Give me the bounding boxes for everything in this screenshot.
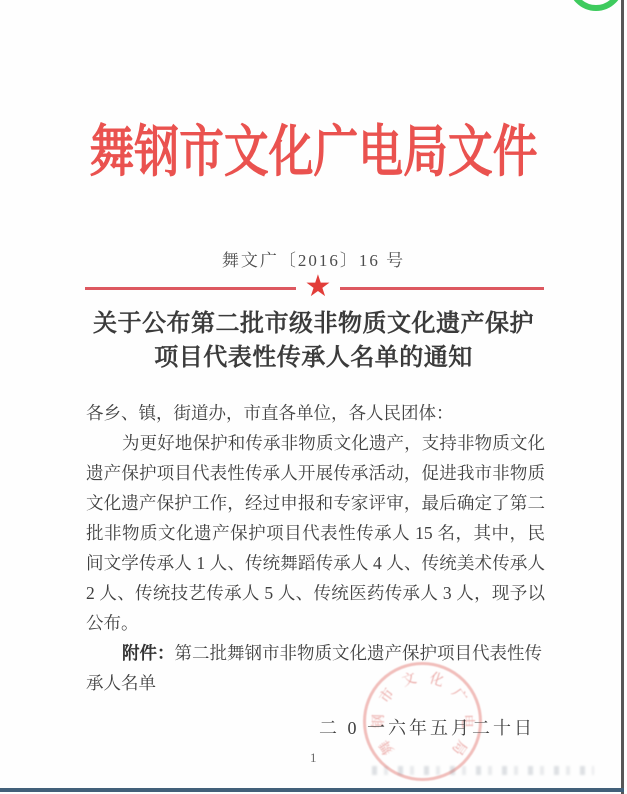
body-line: 批非物质文化遗产保护项目代表性传承人 15 名，其中，民 xyxy=(86,518,545,548)
attachment-text: 第二批舞钢市非物质文化遗产保护项目代表性传 xyxy=(175,643,543,663)
scan-noise-strip xyxy=(372,766,594,775)
attachment-label: 附件： xyxy=(122,643,175,663)
red-rule-right xyxy=(340,287,544,290)
body-line: 2 人、传统技艺传承人 5 人、传统医药传承人 3 人，现予以 xyxy=(86,578,545,608)
attachment-line: 附件：第二批舞钢市非物质文化遗产保护项目代表性传 xyxy=(86,638,545,668)
body-line: 遗产保护项目代表性传承人开展传承活动，促进我市非物质 xyxy=(86,458,545,488)
attachment-line2: 承人名单 xyxy=(86,668,545,698)
salutation-line: 各乡、镇，街道办，市直各单位，各人民团体： xyxy=(86,398,545,428)
notice-title-line1: 关于公布第二批市级非物质文化遗产保护 xyxy=(0,306,627,340)
body-line: 公布。 xyxy=(86,608,545,638)
body-line: 间文学传承人 1 人、传统舞蹈传承人 4 人、传统美术传承人 xyxy=(86,548,545,578)
agency-header-title: 舞钢市文化广电局文件 xyxy=(63,108,565,188)
notice-title: 关于公布第二批市级非物质文化遗产保护 项目代表性传承人名单的通知 xyxy=(0,306,627,374)
scan-edge-right xyxy=(621,0,624,794)
scanned-document-page: 舞钢市文化广电局文件 舞文广〔2016〕16 号 ★ 关于公布第二批市级非物质文… xyxy=(0,0,627,794)
green-circle-arc-icon xyxy=(568,0,624,11)
red-star-icon: ★ xyxy=(296,269,340,305)
body-line: 为更好地保护和传承非物质文化遗产，支持非物质文化 xyxy=(86,428,545,458)
document-number: 舞文广〔2016〕16 号 xyxy=(0,246,627,271)
red-rule-left xyxy=(85,287,296,290)
document-date: 二 0 一六年五月二十日 xyxy=(319,714,535,740)
notice-title-line2: 项目代表性传承人名单的通知 xyxy=(0,340,627,374)
scan-edge-bottom xyxy=(0,788,624,792)
body-line: 文化遗产保护工作，经过申报和专家评审，最后确定了第二 xyxy=(86,488,545,518)
page-number: 1 xyxy=(310,750,317,766)
document-body: 各乡、镇，街道办，市直各单位，各人民团体： 为更好地保护和传承非物质文化遗产，支… xyxy=(86,398,545,698)
